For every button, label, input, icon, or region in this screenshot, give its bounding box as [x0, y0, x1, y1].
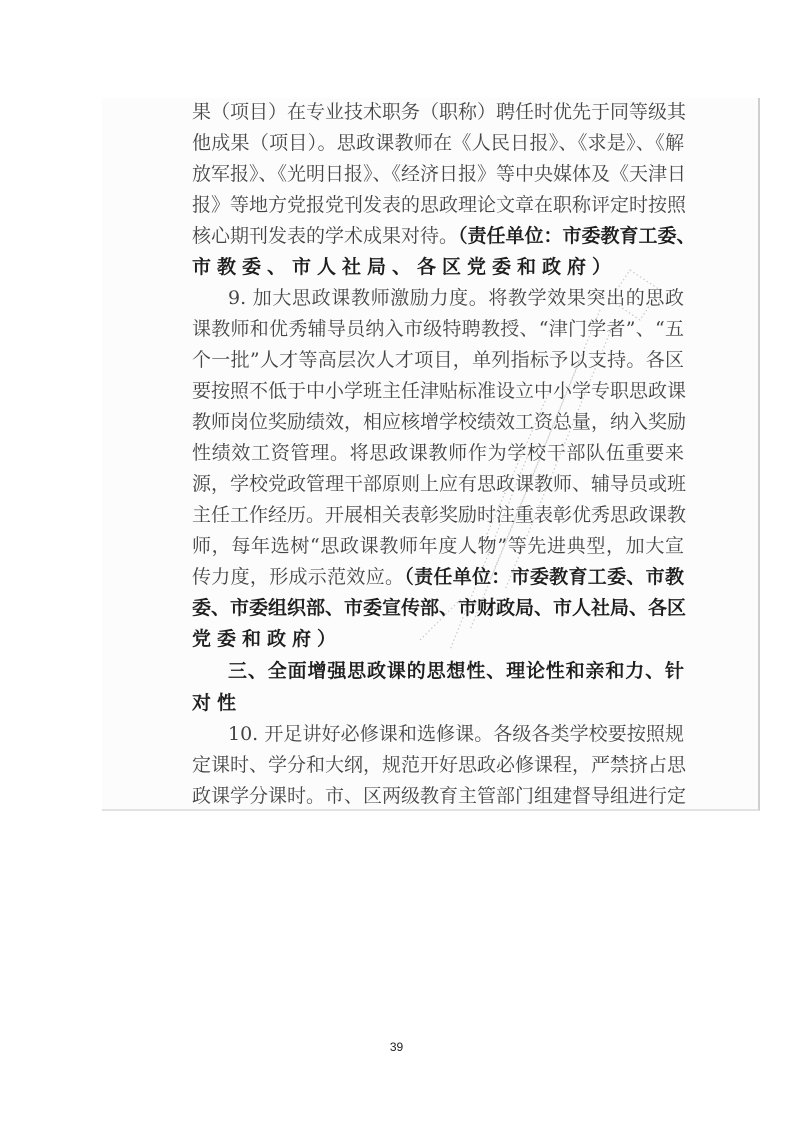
- text-line: 个一批”人才等高层次人才项目，单列指标予以支持。各区: [192, 345, 684, 376]
- text-segment: 教师岗位奖励绩效，相应核增学校绩效工资总量，纳入奖励: [192, 411, 686, 433]
- section-heading-3: 三、全面增强思政课的思想性、理论性和亲和力、针: [192, 655, 684, 687]
- text-line: 源，学校党政管理干部原则上应有思政课教师、辅导员或班: [192, 469, 684, 500]
- page-number: 39: [0, 1040, 793, 1054]
- heading-text: 三、全面增强思政课的思想性、理论性和亲和力、针: [228, 660, 684, 682]
- text-line: 性绩效工资管理。将思政课教师作为学校干部队伍重要来: [192, 438, 684, 469]
- section-9-title-line: 9. 加大思政课教师激励力度。将教学效果突出的思政: [192, 283, 684, 314]
- text-segment: 放军报》、《光明日报》、《经济日报》等中央媒体及《天津日: [192, 163, 686, 185]
- text-segment: 他成果（项目）。思政课教师在《人民日报》、《求是》、《解: [192, 132, 684, 154]
- text-line: 政课学分课时。市、区两级教育主管部门组建督导组进行定: [192, 781, 684, 812]
- text-line: 市教委、市人社局、各区党委和政府）: [192, 252, 684, 283]
- responsible-units-text: （责任单位：市委教育工委、市教: [404, 566, 684, 588]
- text-line: 委、市委组织部、市委宣传部、市财政局、市人社局、各区: [192, 593, 684, 624]
- document-body: 果（项目）在专业技术职务（职称）聘任时优先于同等级其 他成果（项目）。思政课教师…: [192, 97, 684, 812]
- text-segment: 师，每年选树“思政课教师年度人物”等先进典型，加大宣: [192, 535, 684, 557]
- text-segment: 性绩效工资管理。将思政课教师作为学校干部队伍重要来: [192, 442, 684, 464]
- text-segment: 要按照不低于中小学班主任津贴标准设立中小学专职思政课: [192, 380, 686, 402]
- text-line: 他成果（项目）。思政课教师在《人民日报》、《求是》、《解: [192, 128, 684, 159]
- heading-text: 对性: [192, 692, 242, 714]
- text-line: 定课时、学分和大纲，规范开好思政必修课程，严禁挤占思: [192, 750, 684, 781]
- text-line: 放军报》、《光明日报》、《经济日报》等中央媒体及《天津日: [192, 159, 684, 190]
- text-line: 师，每年选树“思政课教师年度人物”等先进典型，加大宣: [192, 531, 684, 562]
- section-heading-3-cont: 对性: [192, 687, 684, 719]
- text-segment: 9. 加大思政课教师激励力度。将教学效果突出的思政: [228, 287, 684, 309]
- section-10-title-line: 10. 开足讲好必修课和选修课。各级各类学校要按照规: [192, 719, 684, 750]
- text-line: 报》等地方党报党刊发表的思政理论文章在职称评定时按照: [192, 190, 684, 221]
- text-line: 课教师和优秀辅导员纳入市级特聘教授、“津门学者”、“五: [192, 314, 684, 345]
- text-segment: 传力度，形成示范效应。: [192, 566, 404, 588]
- text-segment: 果（项目）在专业技术职务（职称）聘任时优先于同等级其: [192, 101, 686, 123]
- text-segment: 主任工作经历。开展相关表彰奖励时注重表彰优秀思政课教: [192, 504, 686, 526]
- text-segment: 定课时、学分和大纲，规范开好思政必修课程，严禁挤占思: [192, 754, 686, 776]
- responsible-units-text: 委、市委组织部、市委宣传部、市财政局、市人社局、各区: [192, 597, 686, 619]
- text-segment: 报》等地方党报党刊发表的思政理论文章在职称评定时按照: [192, 194, 686, 216]
- responsible-units-text: 市教委、市人社局、各区党委和政府）: [192, 256, 617, 278]
- text-segment: 课教师和优秀辅导员纳入市级特聘教授、“津门学者”、“五: [192, 318, 684, 340]
- text-line: 果（项目）在专业技术职务（职称）聘任时优先于同等级其: [192, 97, 684, 128]
- responsible-units-text: （责任单位：市委教育工委、: [458, 225, 696, 247]
- text-segment: 个一批”人才等高层次人才项目，单列指标予以支持。各区: [192, 349, 684, 371]
- text-line: 核心期刊发表的学术成果对待。（责任单位：市委教育工委、: [192, 221, 684, 252]
- text-segment: 政课学分课时。市、区两级教育主管部门组建督导组进行定: [192, 785, 686, 807]
- text-line: 传力度，形成示范效应。（责任单位：市委教育工委、市教: [192, 562, 684, 593]
- text-segment: 源，学校党政管理干部原则上应有思政课教师、辅导员或班: [192, 473, 686, 495]
- text-segment: 核心期刊发表的学术成果对待。: [192, 225, 458, 247]
- text-line: 主任工作经历。开展相关表彰奖励时注重表彰优秀思政课教: [192, 500, 684, 531]
- text-line: 要按照不低于中小学班主任津贴标准设立中小学专职思政课: [192, 376, 684, 407]
- text-line: 教师岗位奖励绩效，相应核增学校绩效工资总量，纳入奖励: [192, 407, 684, 438]
- text-segment: 10. 开足讲好必修课和选修课。各级各类学校要按照规: [228, 723, 684, 745]
- text-line: 党委和政府）: [192, 624, 684, 655]
- responsible-units-text: 党委和政府）: [192, 628, 342, 650]
